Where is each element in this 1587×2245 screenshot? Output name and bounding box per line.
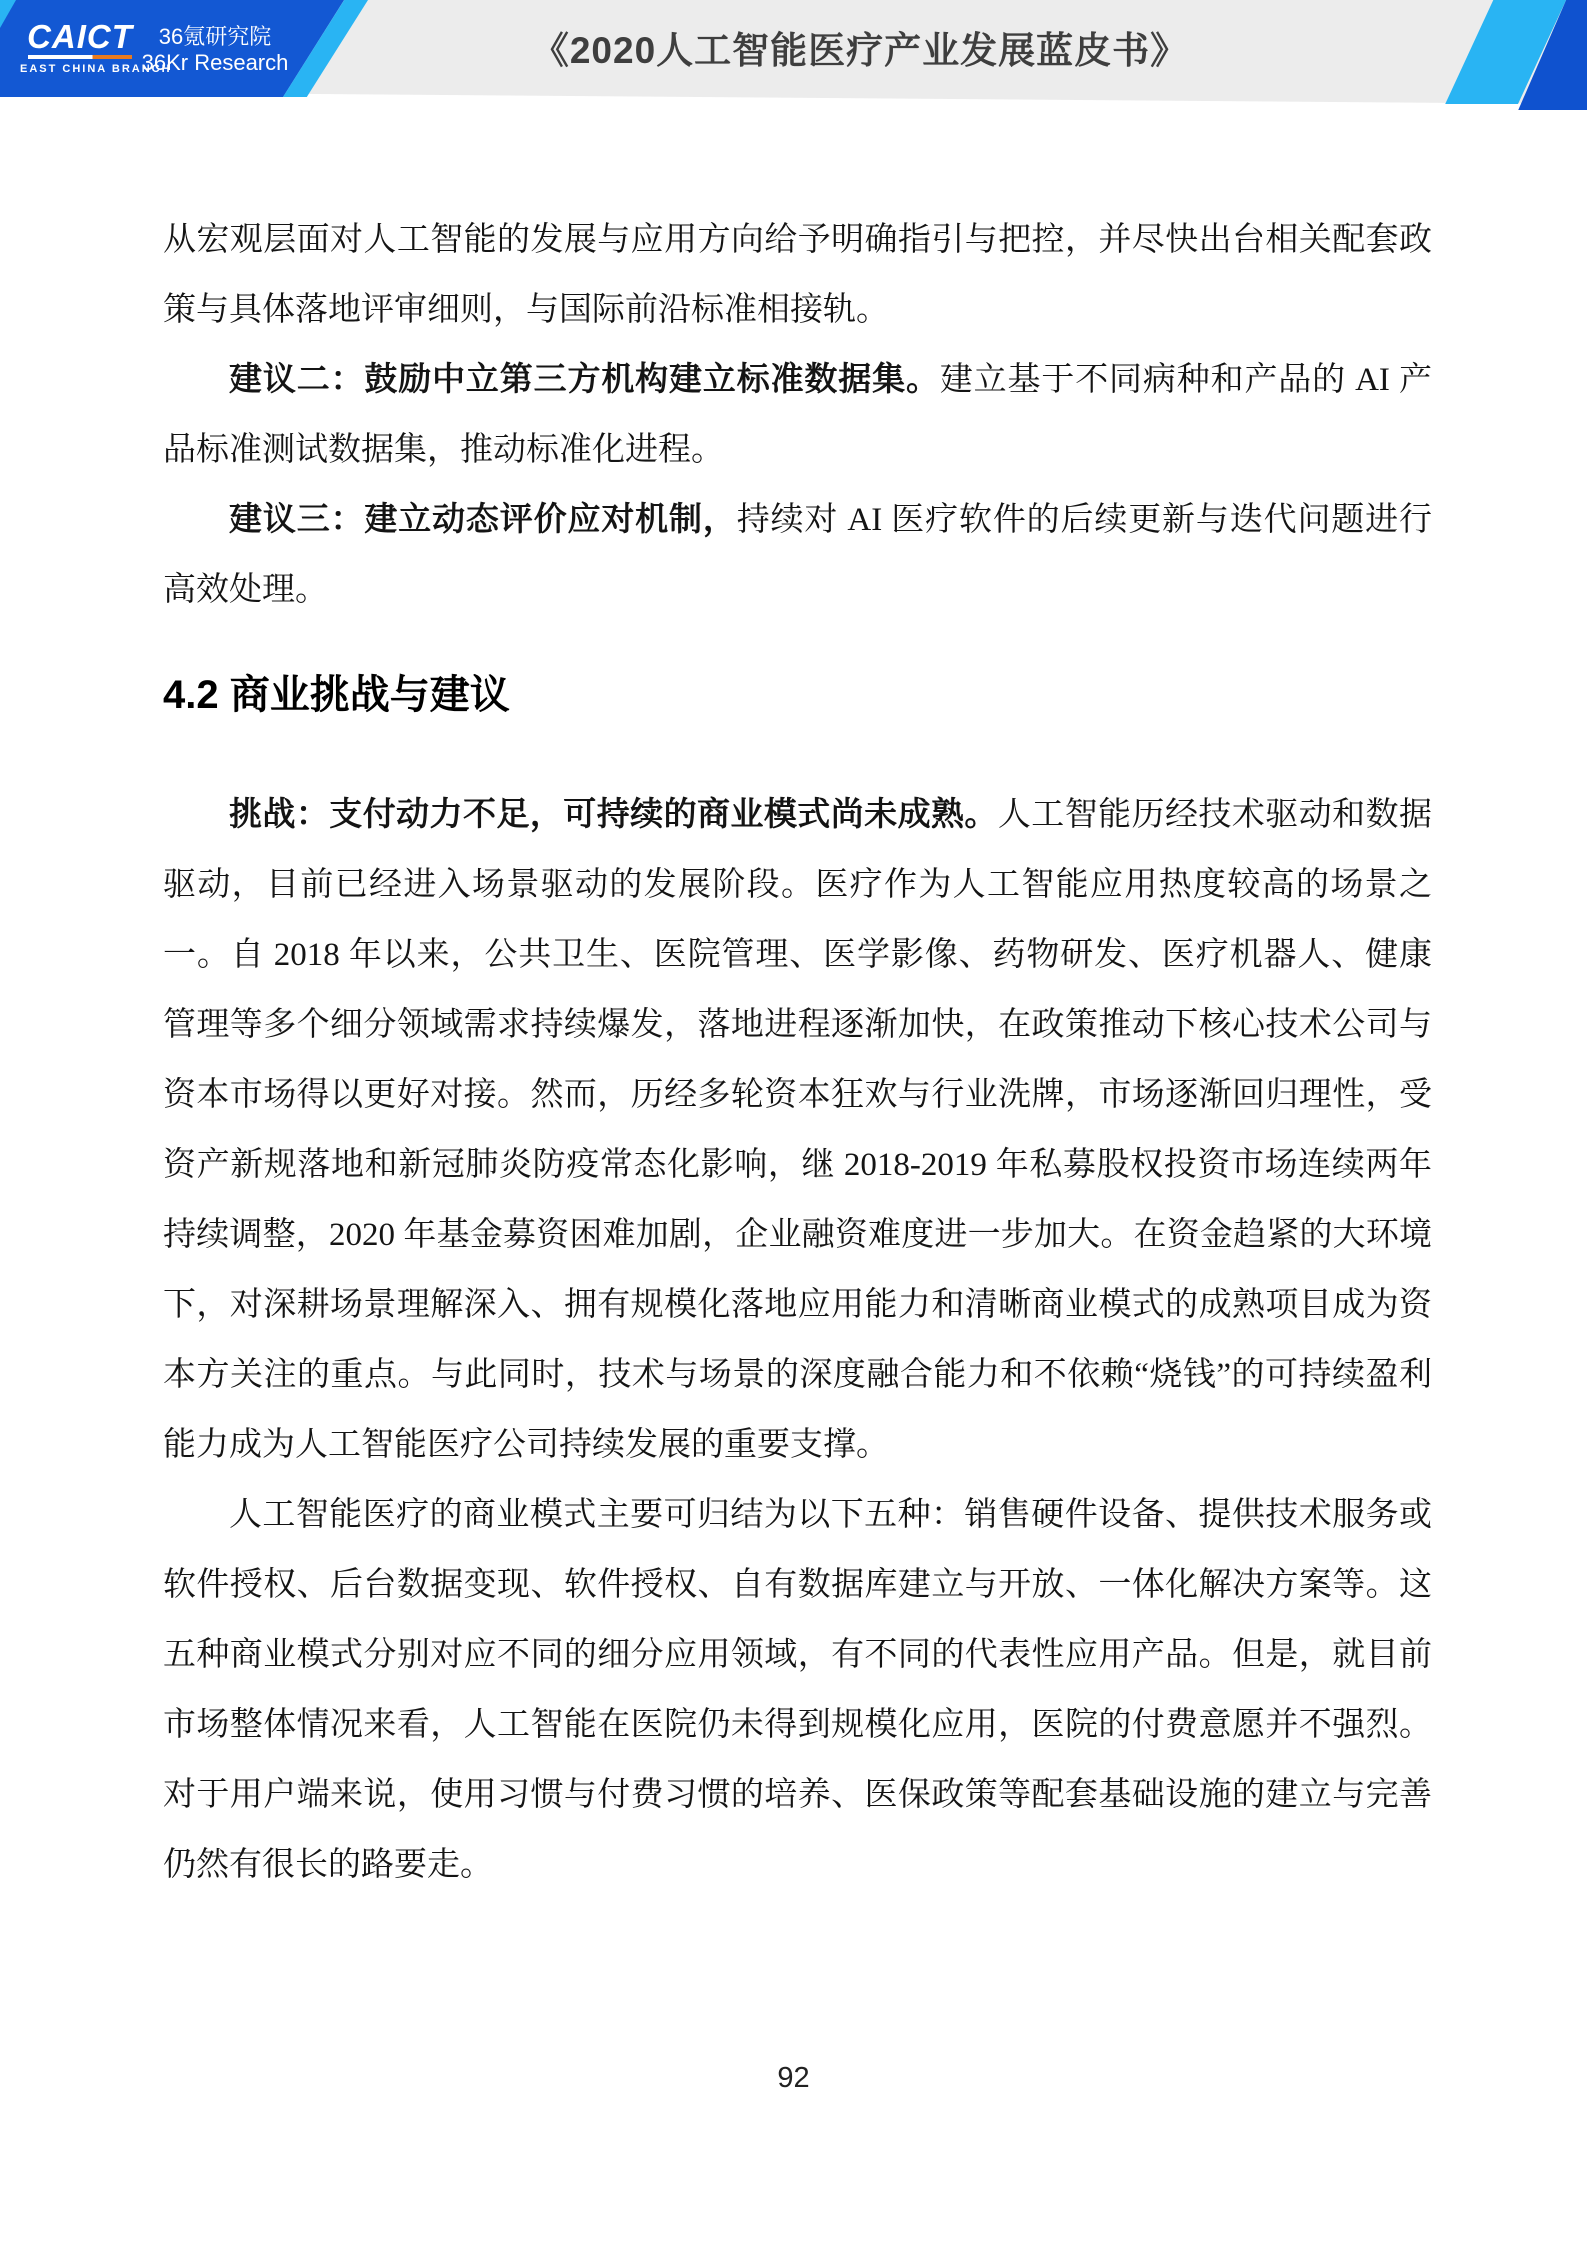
paragraph: 建议二：鼓励中立第三方机构建立标准数据集。建立基于不同病种和产品的 AI 产品标… bbox=[163, 345, 1432, 485]
document-title: 《2020人工智能医疗产业发展蓝皮书》 bbox=[400, 20, 1320, 74]
org-name-block: 36氪研究院 36Kr Research bbox=[140, 24, 290, 76]
paragraph-text: 人工智能医疗的商业模式主要可归结为以下五种：销售硬件设备、提供技术服务或软件授权… bbox=[163, 1497, 1432, 1883]
paragraph-lead: 建议二：鼓励中立第三方机构建立标准数据集。 bbox=[229, 362, 940, 398]
paragraph: 建议三：建立动态评价应对机制，持续对 AI 医疗软件的后续更新与迭代问题进行高效… bbox=[163, 485, 1432, 625]
caict-branch-label: EAST CHINA BRANCH bbox=[20, 63, 140, 75]
page-content: 从宏观层面对人工智能的发展与应用方向给予明确指引与把控，并尽快出台相关配套政策与… bbox=[163, 205, 1432, 1900]
paragraph: 挑战：支付动力不足，可持续的商业模式尚未成熟。人工智能历经技术驱动和数据驱动，目… bbox=[163, 780, 1432, 1480]
caict-logo-underline bbox=[28, 55, 132, 59]
caict-logo-text: CAICT bbox=[20, 22, 140, 52]
org-name-en: 36Kr Research bbox=[140, 50, 290, 76]
document-page: CAICT EAST CHINA BRANCH 36氪研究院 36Kr Rese… bbox=[0, 0, 1587, 2245]
caict-logo: CAICT EAST CHINA BRANCH bbox=[20, 22, 140, 75]
paragraph-lead: 建议三：建立动态评价应对机制， bbox=[229, 502, 737, 538]
paragraph-lead: 挑战：支付动力不足，可持续的商业模式尚未成熟。 bbox=[229, 797, 998, 833]
paragraph-text: 人工智能历经技术驱动和数据驱动，目前已经进入场景驱动的发展阶段。医疗作为人工智能… bbox=[163, 797, 1432, 1463]
paragraph-text: 从宏观层面对人工智能的发展与应用方向给予明确指引与把控，并尽快出台相关配套政策与… bbox=[163, 222, 1432, 328]
page-header: CAICT EAST CHINA BRANCH 36氪研究院 36Kr Rese… bbox=[0, 0, 1587, 115]
page-number: 92 bbox=[0, 2062, 1587, 2095]
paragraph: 从宏观层面对人工智能的发展与应用方向给予明确指引与把控，并尽快出台相关配套政策与… bbox=[163, 205, 1432, 345]
paragraph: 人工智能医疗的商业模式主要可归结为以下五种：销售硬件设备、提供技术服务或软件授权… bbox=[163, 1480, 1432, 1900]
org-name-cn: 36氪研究院 bbox=[140, 24, 290, 50]
section-heading: 4.2 商业挑战与建议 bbox=[163, 660, 1432, 730]
